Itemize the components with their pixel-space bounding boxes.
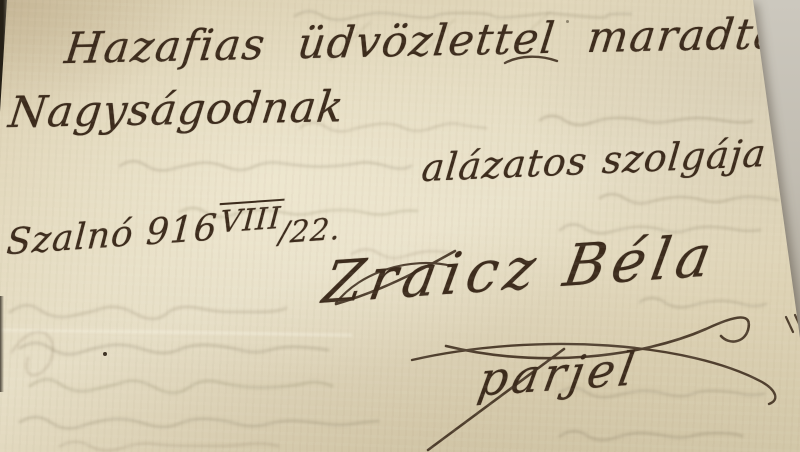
dateline-year: 916 xyxy=(145,207,219,253)
signature-name: Zraicz Béla xyxy=(318,223,722,317)
closing-line-3: alázatos szolgája xyxy=(420,131,769,190)
ink-speck xyxy=(103,352,107,356)
letter-photo: Hazafias üdvözlettel maradtam Nagyságodn… xyxy=(0,0,800,452)
paper-crease xyxy=(0,329,352,337)
letter-paper: Hazafias üdvözlettel maradtam Nagyságodn… xyxy=(0,0,800,452)
closing-line-1: Hazafias üdvözlettel maradtam xyxy=(62,8,800,74)
paper-wrap: Hazafias üdvözlettel maradtam Nagyságodn… xyxy=(0,0,800,452)
dateline-place: Szalnó xyxy=(5,213,135,263)
paper-edge-shadow xyxy=(0,296,4,392)
dateline-day: /22. xyxy=(278,212,342,252)
signature-subscript: parjel xyxy=(474,341,642,407)
dateline-month-roman: VIII xyxy=(217,199,285,241)
ink-speck xyxy=(566,20,569,23)
closing-line-2: Nagyságodnak xyxy=(6,82,347,138)
dateline: Szalnó 916VIII/22. xyxy=(5,199,343,264)
